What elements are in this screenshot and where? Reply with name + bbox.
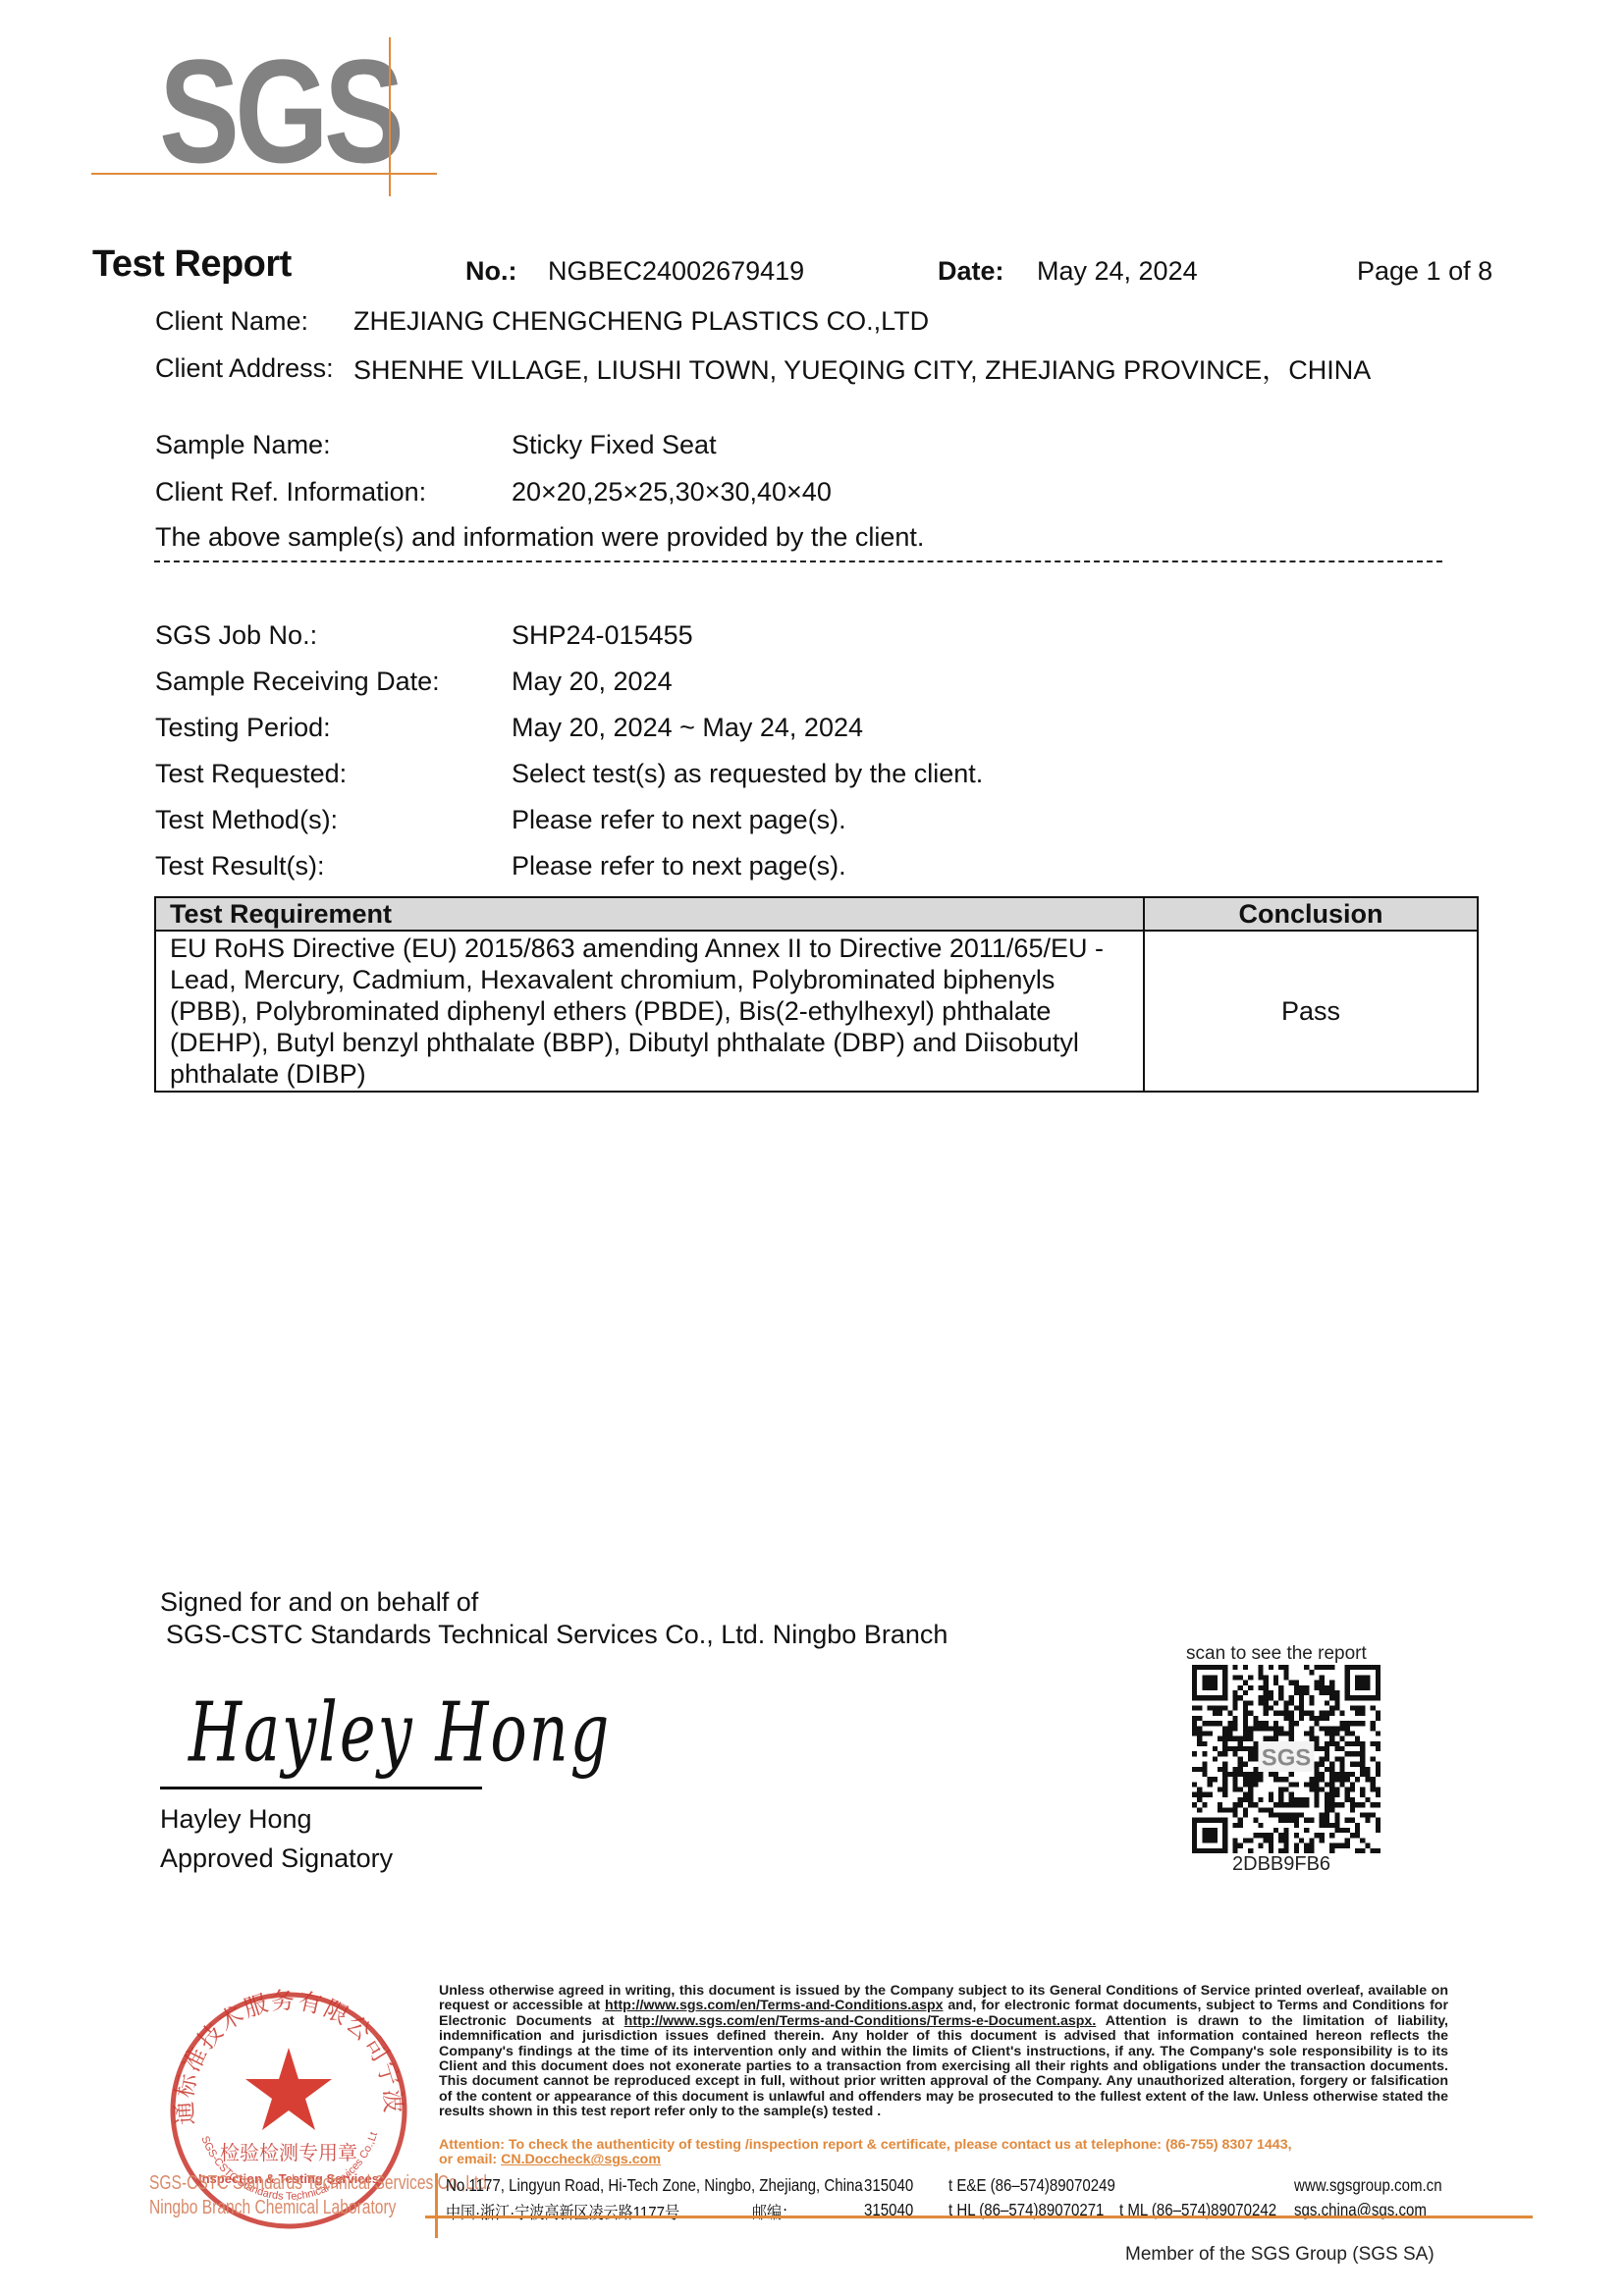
- lab-name: SGS-CSTC Standards Technical Services Co…: [149, 2171, 491, 2220]
- doccheck-email-link[interactable]: CN.Doccheck@sgs.com: [501, 2152, 661, 2167]
- postcode-cn-label: 邮编：: [752, 2200, 796, 2224]
- conclusion-cell: Pass: [1144, 931, 1478, 1092]
- terms-link[interactable]: http://www.sgs.com/en/Terms-and-Conditio…: [605, 1998, 943, 2013]
- report-date-label: Date:: [938, 256, 1004, 287]
- signed-on-behalf: Signed for and on behalf of: [160, 1587, 478, 1618]
- receiving-date: May 20, 2024: [512, 668, 673, 695]
- header-conclusion: Conclusion: [1144, 897, 1478, 931]
- client-address: SHENHE VILLAGE, LIUSHI TOWN, YUEQING CIT…: [353, 357, 1371, 384]
- address-accent-line: [435, 2173, 438, 2238]
- authenticity-text: Attention: To check the authenticity of …: [439, 2138, 1448, 2153]
- job-value: SHP24-015455: [512, 622, 693, 649]
- test-results-label: Test Result(s):: [155, 853, 325, 880]
- sample-name-label: Sample Name:: [155, 432, 331, 458]
- e-document-terms-link[interactable]: http://www.sgs.com/en/Terms-and-Conditio…: [624, 2013, 1097, 2029]
- lab-name-line1: SGS-CSTC Standards Technical Services Co…: [149, 2171, 491, 2196]
- logo-vertical-line: [389, 37, 391, 196]
- logo-underline: [91, 173, 437, 175]
- sgs-logo: SGS: [159, 37, 400, 185]
- postcode-en: 315040: [864, 2175, 913, 2196]
- job-label: SGS Job No.:: [155, 622, 317, 649]
- test-results: Please refer to next page(s).: [512, 853, 846, 880]
- address-cn: 中国·浙江·宁波高新区凌云路1177号: [446, 2200, 679, 2224]
- signatory-name: Hayley Hong: [160, 1804, 312, 1835]
- footer-divider: [425, 2216, 1533, 2218]
- test-requested-label: Test Requested:: [155, 761, 347, 787]
- page-indicator: Page 1 of 8: [1357, 256, 1492, 287]
- stamp-center-cn: 检验检测专用章: [220, 2141, 357, 2164]
- address-en: No.1177, Lingyun Road, Hi-Tech Zone, Nin…: [446, 2175, 863, 2196]
- receiving-date-label: Sample Receiving Date:: [155, 668, 440, 695]
- report-number-label: No.:: [465, 256, 516, 287]
- client-name-label: Client Name:: [155, 308, 308, 335]
- signing-company: SGS-CSTC Standards Technical Services Co…: [166, 1620, 947, 1650]
- disclaimer-text-3: Attention is drawn to the limitation of …: [439, 2013, 1448, 2119]
- section-divider: [154, 561, 1442, 562]
- phone-ee: t E&E (86–574)89070249: [948, 2175, 1115, 2196]
- client-address-label: Client Address:: [155, 355, 334, 382]
- test-methods: Please refer to next page(s).: [512, 807, 846, 833]
- client-ref: 20×20,25×25,30×30,40×40: [512, 479, 832, 506]
- testing-period: May 20, 2024 ~ May 24, 2024: [512, 715, 863, 741]
- table-header-row: Test Requirement Conclusion: [155, 897, 1478, 931]
- report-date: May 24, 2024: [1037, 256, 1198, 287]
- qr-code-icon[interactable]: SGS: [1192, 1665, 1380, 1853]
- conclusion-table: Test Requirement Conclusion EU RoHS Dire…: [154, 896, 1479, 1093]
- test-requested: Select test(s) as requested by the clien…: [512, 761, 983, 787]
- website: www.sgsgroup.com.cn: [1294, 2175, 1442, 2196]
- sample-name: Sticky Fixed Seat: [512, 432, 717, 458]
- test-methods-label: Test Method(s):: [155, 807, 338, 833]
- client-ref-label: Client Ref. Information:: [155, 479, 426, 506]
- authenticity-notice: Attention: To check the authenticity of …: [439, 2138, 1448, 2168]
- handwritten-signature: Hayley Hong: [189, 1683, 611, 1781]
- qr-caption: scan to see the report: [1186, 1643, 1367, 1665]
- signatory-role: Approved Signatory: [160, 1843, 393, 1874]
- qr-center-logo: SGS: [1262, 1745, 1311, 1772]
- report-title: Test Report: [92, 243, 292, 286]
- client-name: ZHEJIANG CHENGCHENG PLASTICS CO.,LTD: [353, 308, 929, 335]
- qr-verification-code: 2DBB9FB6: [1232, 1853, 1330, 1876]
- header-test-requirement: Test Requirement: [155, 897, 1144, 931]
- email-prefix: or email:: [439, 2152, 501, 2167]
- signature-line: [160, 1787, 482, 1789]
- sample-note: The above sample(s) and information were…: [155, 524, 924, 551]
- sgs-membership: Member of the SGS Group (SGS SA): [1125, 2244, 1435, 2266]
- report-number: NGBEC24002679419: [548, 256, 804, 287]
- test-requirement-cell: EU RoHS Directive (EU) 2015/863 amending…: [155, 931, 1144, 1092]
- table-row: EU RoHS Directive (EU) 2015/863 amending…: [155, 931, 1478, 1092]
- legal-disclaimer: Unless otherwise agreed in writing, this…: [439, 1984, 1448, 2120]
- testing-period-label: Testing Period:: [155, 715, 331, 741]
